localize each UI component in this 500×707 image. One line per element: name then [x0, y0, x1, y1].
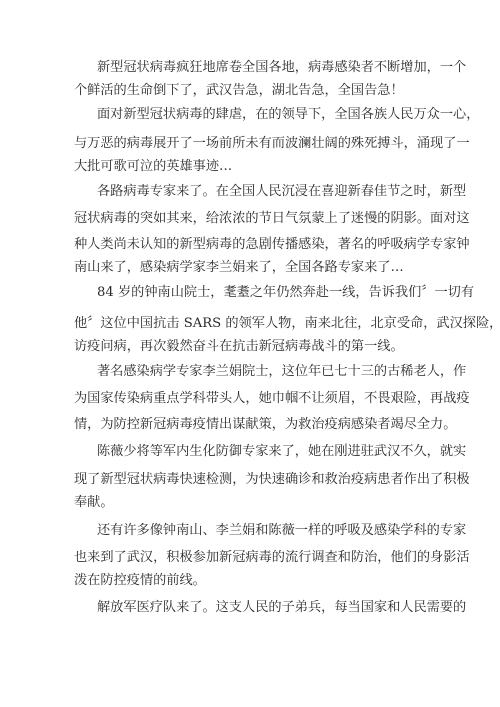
text-line-21: 泼在防控疫情的前线。 — [74, 573, 426, 589]
text-line-3: 面对新型冠状病毒的肆虐，在的领导下，全国各族人民万众一心， — [97, 107, 426, 123]
text-line-19: 还有许多像钟南山、李兰娟和陈薇一样的呼吸及感染学科的专家 — [97, 523, 426, 539]
text-line-16: 陈薇少将等军内生化防御专家来了，她在刚进驻武汉不久，就实 — [97, 444, 426, 460]
text-line-1: 新型冠状病毒疯狂地席卷全国各地，病毒感染者不断增加，一个 — [97, 60, 426, 76]
text-line-22: 解放军医疗队来了。这支人民的子弟兵，每当国家和人民需要的 — [97, 600, 426, 616]
text-line-6: 各路病毒专家来了。在全国人民沉浸在喜迎新春佳节之时，新型 — [97, 184, 426, 200]
text-line-10: 84 岁的钟南山院士，耄耋之年仍然奔赴一线，告诉我们〞一切有 — [97, 285, 426, 301]
text-line-18: 奉献。 — [74, 495, 426, 511]
text-line-20: 也来到了武汉，积极参加新冠病毒的流行调查和防治，他们的身影活 — [74, 550, 426, 566]
text-line-15: 情，为防控新冠病毒疫情出谋献策，为救治疫病感染者竭尽全力。 — [74, 417, 426, 433]
text-line-17: 现了新型冠状病毒快速检测，为快速确诊和救治疫病患者作出了积极 — [74, 472, 426, 488]
text-line-2: 个鲜活的生命倒下了，武汉告急，湖北告急，全国告急！ — [74, 83, 426, 99]
document-page: 新型冠状病毒疯狂地席卷全国各地，病毒感染者不断增加，一个 个鲜活的生命倒下了，武… — [0, 0, 500, 707]
text-line-13: 著名感染病学专家李兰娟院士，这位年已七十三的古稀老人，作 — [97, 364, 426, 380]
text-line-11: 他〞这位中国抗击 SARS 的领军人物，南来北往，北京受命，武汉探险， — [74, 316, 426, 332]
text-line-8: 种人类尚未认知的新型病毒的急剧传播感染，著名的呼吸病学专家钟 — [74, 237, 426, 253]
text-line-12: 访疫问病，再次毅然奋斗在抗击新冠病毒战斗的第一线。 — [74, 339, 426, 355]
text-line-7: 冠状病毒的突如其来，给浓浓的节日气氛蒙上了迷慢的阴影。面对这 — [74, 211, 426, 227]
text-line-5: 大批可歌可泣的英雄事迹… — [74, 159, 426, 175]
text-line-4: 与万恶的病毒展开了一场前所未有而波澜壮阔的殊死搏斗，涌现了一 — [74, 136, 426, 152]
text-line-14: 为国家传染病重点学科带头人，她巾帼不让须眉，不畏艰险，再战疫 — [74, 391, 426, 407]
text-line-9: 南山来了，感染病学家李兰娟来了，全国各路专家来了… — [74, 260, 426, 276]
